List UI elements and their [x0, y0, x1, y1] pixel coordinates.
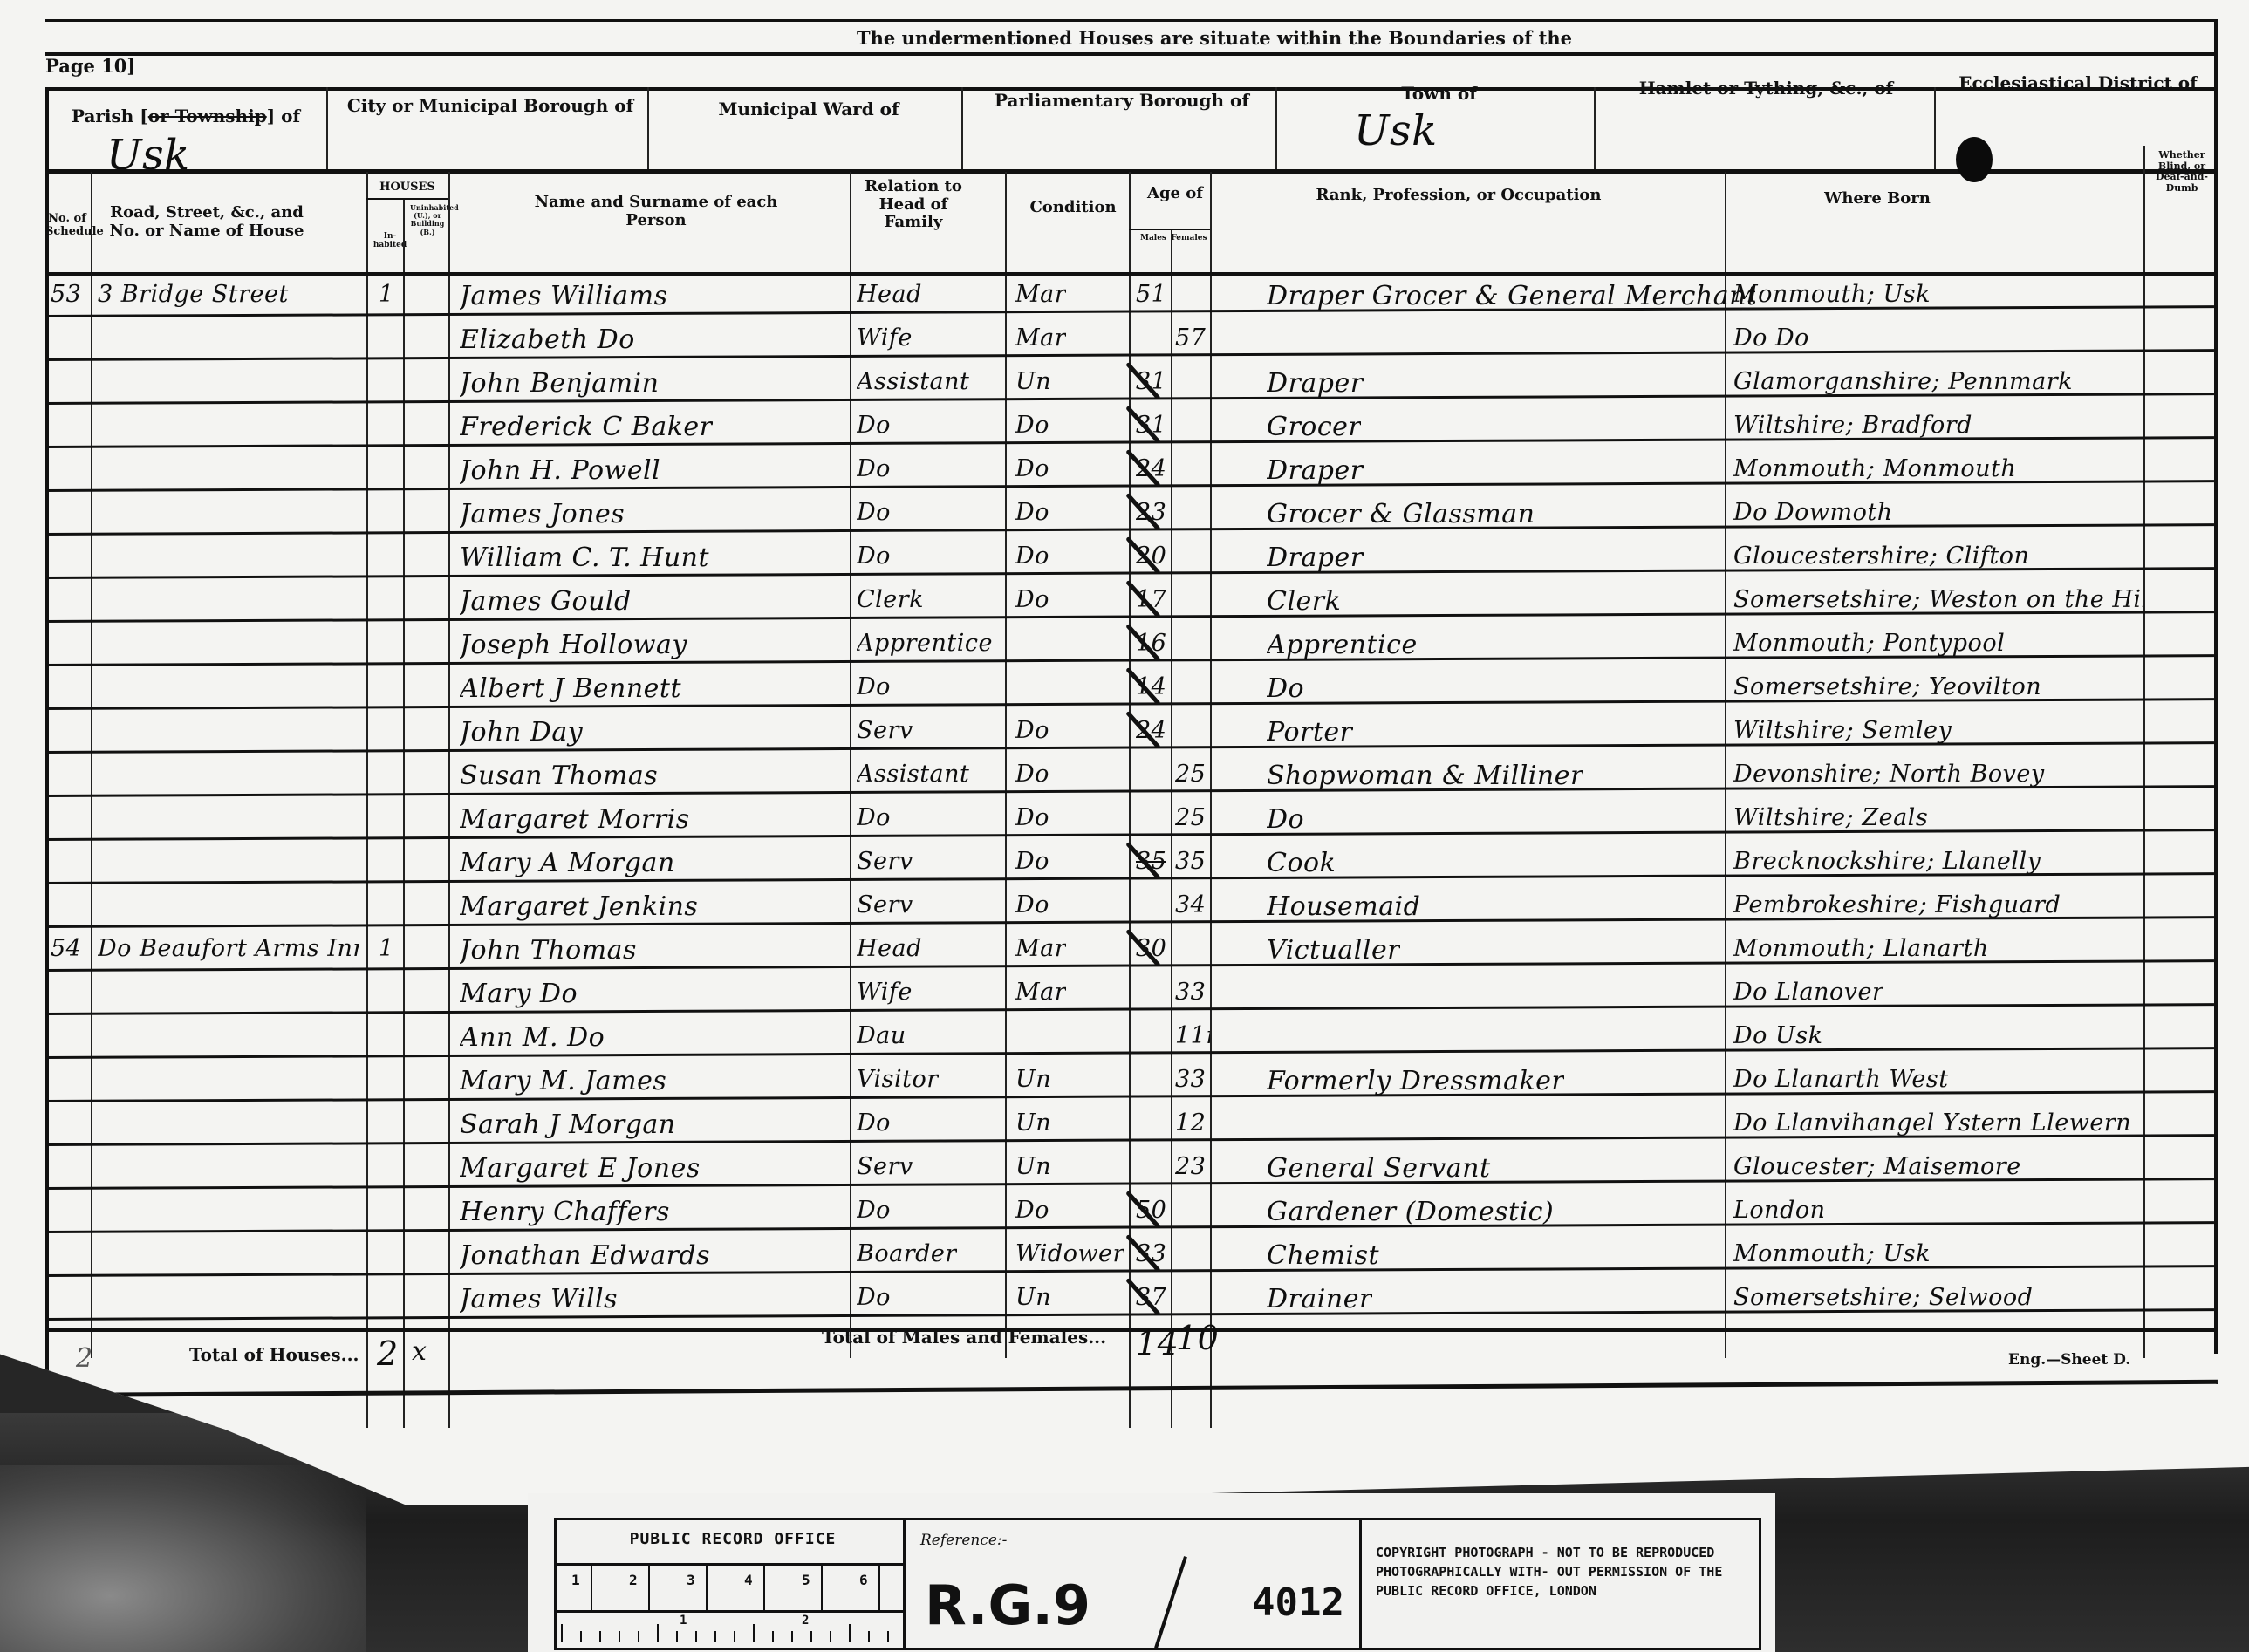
relation-to-head: Do: [857, 1109, 891, 1137]
scale-number: 2: [629, 1572, 638, 1588]
census-row: Ann M. DoDau11mDo Usk: [45, 1015, 2218, 1059]
rule-totals-bottom: [45, 1380, 2218, 1397]
census-row: Joseph HollowayApprentice16ApprenticeMon…: [45, 623, 2218, 666]
marital-condition: Un: [1015, 1153, 1051, 1180]
row-rule: [45, 1178, 2214, 1190]
rule-v: [1934, 87, 1936, 170]
female-age: 25: [1175, 761, 1206, 788]
boundary-title: The undermentioned Houses are situate wi…: [778, 28, 1651, 49]
marital-condition: Do: [1015, 412, 1049, 439]
rule-v: [1359, 1518, 1362, 1649]
row-rule: [45, 829, 2214, 841]
birthplace: Gloucestershire; Clifton: [1733, 543, 2029, 570]
town-value: Usk: [1354, 106, 1438, 155]
census-row: John H. PowellDoDo24DraperMonmouth; Monm…: [45, 448, 2218, 492]
col-males: Males: [1136, 234, 1171, 242]
female-age: 33: [1175, 1066, 1206, 1093]
marital-condition: Do: [1015, 543, 1049, 570]
reference-label: Reference:-: [920, 1532, 1007, 1549]
person-name: John Day: [460, 717, 583, 747]
row-rule: [45, 523, 2214, 536]
occupation: Formerly Dressmaker: [1267, 1066, 1564, 1096]
birthplace: Monmouth; Usk: [1733, 281, 1931, 308]
census-row: James JonesDoDo23Grocer & GlassmanDo Dow…: [45, 492, 2218, 536]
birthplace: Monmouth; Usk: [1733, 1240, 1931, 1267]
ruler-tick: [561, 1624, 563, 1642]
marital-condition: Do: [1015, 804, 1049, 831]
row-rule: [45, 785, 2214, 797]
relation-to-head: Assistant: [857, 368, 969, 395]
rule-age: [1129, 229, 1210, 230]
schedule-number: 53: [51, 281, 80, 308]
scale-divider: [821, 1565, 823, 1610]
total-persons-label: Total of Males and Females...: [822, 1328, 1106, 1348]
person-name: James Jones: [460, 499, 625, 529]
ruler-tick: [580, 1631, 582, 1642]
occupation: Grocer: [1267, 412, 1361, 442]
female-age: 25: [1175, 804, 1206, 831]
female-age: 34: [1175, 891, 1206, 918]
relation-to-head: Serv: [857, 891, 913, 918]
female-age: 23: [1175, 1153, 1206, 1180]
relation-to-head: Visitor: [857, 1066, 939, 1093]
census-row: Henry ChaffersDoDo50Gardener (Domestic)L…: [45, 1190, 2218, 1233]
ruler-tick: [657, 1624, 659, 1642]
scale-divider: [591, 1565, 592, 1610]
relation-to-head: Do: [857, 1284, 891, 1311]
relation-to-head: Clerk: [857, 586, 924, 613]
male-age: 51: [1136, 281, 1166, 308]
person-name: Margaret Morris: [460, 804, 690, 835]
col-inhabited: In-habited: [373, 232, 407, 250]
copyright-notice: COPYRIGHT PHOTOGRAPH - NOT TO BE REPRODU…: [1376, 1544, 1751, 1601]
marital-condition: Un: [1015, 368, 1051, 395]
col-condition: Condition: [1012, 199, 1134, 217]
relation-to-head: Do: [857, 412, 891, 439]
scale-number: 1: [571, 1572, 580, 1588]
census-row: Margaret MorrisDoDo25DoWiltshire; Zeals: [45, 797, 2218, 841]
person-name: Mary A Morgan: [460, 848, 675, 878]
person-name: Mary Do: [460, 979, 578, 1009]
occupation: Do: [1267, 673, 1304, 704]
row-rule: [45, 567, 2214, 579]
birthplace: Wiltshire; Bradford: [1733, 412, 1972, 439]
rule-stamp: [554, 1563, 903, 1566]
occupation: General Servant: [1267, 1153, 1491, 1184]
person-name: Frederick C Baker: [460, 412, 713, 442]
person-name: Joseph Holloway: [460, 630, 687, 660]
census-row: William C. T. HuntDoDo20DraperGloucester…: [45, 536, 2218, 579]
ruler-tick: [772, 1631, 774, 1642]
rule-stamp: [554, 1610, 903, 1613]
occupation: Housemaid: [1267, 891, 1420, 922]
inch-number: 2: [802, 1614, 809, 1628]
census-row: Margaret E JonesServUn23General ServantG…: [45, 1146, 2218, 1190]
birthplace: Monmouth; Monmouth: [1733, 455, 2016, 482]
marital-condition: Do: [1015, 1197, 1049, 1224]
birthplace: Gloucester; Maisemore: [1733, 1153, 2021, 1180]
occupation: Cook: [1267, 848, 1336, 878]
person-name: Mary M. James: [460, 1066, 666, 1096]
birthplace: Pembrokeshire; Fishguard: [1733, 891, 2061, 918]
female-age: 11m: [1175, 1022, 1210, 1049]
rule-title: [45, 52, 2218, 56]
district-city: City or Municipal Borough of: [333, 96, 647, 116]
person-name: Jonathan Edwards: [460, 1240, 710, 1271]
birthplace: Do Usk: [1733, 1022, 1822, 1049]
female-age: 33: [1175, 979, 1206, 1006]
scale-number: 5: [802, 1572, 810, 1588]
relation-to-head: Do: [857, 673, 891, 700]
census-page: The undermentioned Houses are situate wi…: [0, 0, 2249, 1505]
census-row: Jonathan EdwardsBoarderWidower33ChemistM…: [45, 1233, 2218, 1277]
rule-body-bottom: [45, 1328, 2218, 1332]
ruler-tick: [619, 1631, 620, 1642]
relation-to-head: Do: [857, 499, 891, 526]
marital-condition: Mar: [1015, 324, 1066, 352]
rule-columns-top: [45, 169, 2218, 174]
district-town: Town of: [1284, 84, 1594, 104]
col-houses: HOUSES: [377, 181, 438, 195]
birthplace: Somersetshire; Weston on the Hill: [1733, 586, 2143, 613]
person-name: James Wills: [460, 1284, 618, 1314]
rule-v: [1275, 87, 1277, 170]
census-form: The undermentioned Houses are situate wi…: [45, 19, 2218, 1402]
schedule-number: 54: [51, 935, 80, 962]
occupation: Draper Grocer & General Merchant: [1267, 281, 1755, 311]
relation-to-head: Do: [857, 455, 891, 482]
ruler-tick: [638, 1631, 639, 1642]
row-rule: [45, 611, 2214, 623]
female-age: 35: [1175, 848, 1206, 875]
relation-to-head: Boarder: [857, 1240, 957, 1267]
relation-to-head: Wife: [857, 324, 913, 352]
row-rule: [45, 393, 2214, 405]
record-office-stamp: PUBLIC RECORD OFFICE 12345612 Reference:…: [528, 1493, 1775, 1652]
margin-tally: 2: [76, 1343, 93, 1374]
ink-blot: [1956, 137, 1993, 182]
person-name: Albert J Bennett: [460, 673, 681, 704]
col-relation: Relation to Head of Family: [852, 178, 974, 232]
relation-to-head: Head: [857, 935, 922, 962]
marital-condition: Do: [1015, 455, 1049, 482]
person-name: John H. Powell: [460, 455, 660, 486]
district-ward: Municipal Ward of: [656, 99, 961, 119]
parish-label: Parish [or Township] of: [72, 106, 300, 126]
occupation: Shopwoman & Milliner: [1267, 761, 1583, 791]
district-hamlet: Hamlet or Tything, &c., of: [1598, 79, 1934, 99]
row-rule: [45, 1134, 2214, 1146]
page-label: Page 10]: [45, 56, 135, 77]
birthplace: Do Dowmoth: [1733, 499, 1893, 526]
total-houses-uninhabited: x: [412, 1336, 427, 1367]
row-rule: [45, 916, 2214, 928]
person-name: Ann M. Do: [460, 1022, 605, 1053]
census-row: Susan ThomasAssistantDo25Shopwoman & Mil…: [45, 754, 2218, 797]
total-houses-label: Total of Houses...: [189, 1345, 359, 1365]
female-age: 57: [1175, 324, 1206, 352]
birthplace: London: [1733, 1197, 1826, 1224]
person-name: John Benjamin: [460, 368, 659, 399]
census-row: Albert J BennettDo14DoSomersetshire; Yeo…: [45, 666, 2218, 710]
birthplace: Do Llanvihangel Ystern Llewern: [1733, 1109, 2131, 1137]
district-ecclesiastical: Ecclesiastical District of: [1938, 73, 2218, 93]
person-name: Elizabeth Do: [460, 324, 635, 355]
col-females: Females: [1171, 234, 1207, 242]
census-row: Mary M. JamesVisitorUn33Formerly Dressma…: [45, 1059, 2218, 1102]
scale-divider: [763, 1565, 765, 1610]
marital-condition: Mar: [1015, 935, 1066, 962]
rule-top: [45, 19, 2218, 22]
ruler-tick: [714, 1631, 716, 1642]
ruler-tick: [599, 1631, 601, 1642]
relation-to-head: Serv: [857, 848, 913, 875]
census-row: James GouldClerkDo17ClerkSomersetshire; …: [45, 579, 2218, 623]
marital-condition: Un: [1015, 1066, 1051, 1093]
birthplace: Somersetshire; Yeovilton: [1733, 673, 2041, 700]
census-row: 533 Bridge Street1James WilliamsHeadMar5…: [45, 274, 2218, 317]
row-rule: [45, 698, 2214, 710]
ruler-tick: [753, 1624, 755, 1642]
relation-to-head: Serv: [857, 717, 913, 744]
census-row: Sarah J MorganDoUn12Do Llanvihangel Yste…: [45, 1102, 2218, 1146]
total-females: 10: [1176, 1319, 1219, 1357]
row-rule: [45, 654, 2214, 666]
census-row: Mary A MorganServDo3535CookBrecknockshir…: [45, 841, 2218, 884]
ruler-tick: [887, 1631, 889, 1642]
birthplace: Do Llanarth West: [1733, 1066, 1949, 1093]
col-occupation: Rank, Profession, or Occupation: [1249, 187, 1668, 205]
relation-to-head: Do: [857, 543, 891, 570]
rule-v: [1594, 87, 1596, 170]
rule-v: [903, 1518, 906, 1649]
row-rule: [45, 1221, 2214, 1233]
relation-to-head: Serv: [857, 1153, 913, 1180]
road-address: 3 Bridge Street: [98, 281, 289, 308]
person-name: Sarah J Morgan: [460, 1109, 676, 1140]
census-row: John BenjaminAssistantUn31DraperGlamorga…: [45, 361, 2218, 405]
occupation: Draper: [1267, 368, 1364, 399]
col-age: Age of: [1140, 185, 1210, 203]
road-address: Do Beaufort Arms Inn: [98, 935, 359, 962]
rule-houses: [366, 198, 448, 200]
person-name: John Thomas: [460, 935, 637, 966]
photo-background-light: [0, 1465, 366, 1652]
row-rule: [45, 1047, 2214, 1059]
marital-condition: Mar: [1015, 281, 1066, 308]
scale-divider: [648, 1565, 650, 1610]
female-age: 12: [1175, 1109, 1206, 1137]
marital-condition: Widower: [1015, 1240, 1124, 1267]
person-name: James Gould: [460, 586, 632, 617]
row-rule: [45, 305, 2214, 317]
occupation: Do: [1267, 804, 1304, 835]
occupation: Clerk: [1267, 586, 1341, 617]
row-rule: [45, 1265, 2214, 1277]
scale-number: 4: [744, 1572, 753, 1588]
relation-to-head: Do: [857, 804, 891, 831]
total-houses-inhabited: 2: [377, 1335, 399, 1373]
ruler-tick: [810, 1631, 812, 1642]
occupation: Draper: [1267, 455, 1364, 486]
district-parliamentary: Parliamentary Borough of: [968, 91, 1275, 111]
occupation: Draper: [1267, 543, 1364, 573]
stamp-office: PUBLIC RECORD OFFICE: [563, 1530, 903, 1548]
occupation: Gardener (Domestic): [1267, 1197, 1554, 1227]
relation-to-head: Wife: [857, 979, 913, 1006]
col-born: Where Born: [1768, 190, 1986, 208]
district-parish: Parish [or Township] of: [45, 106, 326, 126]
occupation: Porter: [1267, 717, 1353, 747]
row-rule: [45, 872, 2214, 884]
inhabited-count: 1: [379, 281, 394, 308]
scale-divider: [706, 1565, 708, 1610]
birthplace: Somersetshire; Selwood: [1733, 1284, 2033, 1311]
inch-number: 1: [680, 1614, 687, 1628]
ruler-tick: [868, 1631, 870, 1642]
census-row: 54Do Beaufort Arms Inn1John ThomasHeadMa…: [45, 928, 2218, 972]
census-row: Mary DoWifeMar33Do Llanover: [45, 972, 2218, 1015]
row-rule: [45, 436, 2214, 448]
birthplace: Monmouth; Llanarth: [1733, 935, 1989, 962]
birthplace: Brecknockshire; Llanelly: [1733, 848, 2041, 875]
row-rule: [45, 1003, 2214, 1015]
occupation: Apprentice: [1267, 630, 1418, 660]
relation-to-head: Do: [857, 1197, 891, 1224]
relation-to-head: Apprentice: [857, 630, 993, 657]
rule-v: [961, 87, 963, 170]
piece-number: 4012: [1252, 1580, 1344, 1625]
occupation: Grocer & Glassman: [1267, 499, 1535, 529]
birthplace: Do Do: [1733, 324, 1809, 352]
occupation: Drainer: [1267, 1284, 1372, 1314]
marital-condition: Do: [1015, 848, 1049, 875]
col-blind: Whether Blind, or Deaf-and-Dumb: [2146, 150, 2218, 195]
ruler-tick: [791, 1631, 793, 1642]
person-name: Margaret E Jones: [460, 1153, 701, 1184]
row-rule: [45, 741, 2214, 754]
birthplace: Do Llanover: [1733, 979, 1883, 1006]
relation-to-head: Dau: [857, 1022, 906, 1049]
marital-condition: Do: [1015, 586, 1049, 613]
col-schedule: No. of Schedule: [45, 213, 89, 239]
relation-to-head: Head: [857, 281, 922, 308]
inhabited-count: 1: [379, 935, 394, 962]
marital-condition: Un: [1015, 1284, 1051, 1311]
sheet-mark: Eng.—Sheet D.: [2008, 1352, 2130, 1369]
row-rule: [45, 349, 2214, 361]
person-name: William C. T. Hunt: [460, 543, 709, 573]
census-row: Margaret JenkinsServDo34HousemaidPembrok…: [45, 884, 2218, 928]
rule-v: [647, 87, 649, 170]
person-name: Margaret Jenkins: [460, 891, 698, 922]
marital-condition: Do: [1015, 761, 1049, 788]
birthplace: Devonshire; North Bovey: [1733, 761, 2045, 788]
row-rule: [45, 1090, 2214, 1102]
row-rule: [45, 959, 2214, 972]
row-rule: [45, 480, 2214, 492]
ruler-tick: [734, 1631, 735, 1642]
birthplace: Wiltshire; Semley: [1733, 717, 1952, 744]
person-name: Susan Thomas: [460, 761, 658, 791]
scale-divider: [878, 1565, 880, 1610]
marital-condition: Un: [1015, 1109, 1051, 1137]
person-name: Henry Chaffers: [460, 1197, 670, 1227]
row-rule: [45, 1308, 2214, 1321]
marital-condition: Do: [1015, 891, 1049, 918]
birthplace: Wiltshire; Zeals: [1733, 804, 1928, 831]
person-name: James Williams: [460, 281, 667, 311]
occupation: Chemist: [1267, 1240, 1379, 1271]
birthplace: Glamorganshire; Pennmark: [1733, 368, 2073, 395]
marital-condition: Do: [1015, 499, 1049, 526]
marital-condition: Do: [1015, 717, 1049, 744]
ruler-tick: [676, 1631, 678, 1642]
relation-to-head: Assistant: [857, 761, 969, 788]
col-name: Name and Surname of each Person: [534, 194, 778, 229]
birthplace: Monmouth; Pontypool: [1733, 630, 2005, 657]
rule-v: [326, 87, 328, 170]
scale-number: 3: [687, 1572, 695, 1588]
series-code: R.G.9: [925, 1573, 1090, 1637]
ruler-tick: [695, 1631, 697, 1642]
ruler-tick: [849, 1624, 851, 1642]
col-road: Road, Street, &c., and No. or Name of Ho…: [98, 204, 316, 240]
marital-condition: Mar: [1015, 979, 1066, 1006]
census-row: John DayServDo24PorterWiltshire; Semley: [45, 710, 2218, 754]
census-row: James WillsDoUn37DrainerSomersetshire; S…: [45, 1277, 2218, 1321]
scale-number: 6: [859, 1572, 868, 1588]
census-row: Frederick C BakerDoDo31GrocerWiltshire; …: [45, 405, 2218, 448]
census-row: Elizabeth DoWifeMar57Do Do: [45, 317, 2218, 361]
ruler-tick: [830, 1631, 831, 1642]
occupation: Victualler: [1267, 935, 1400, 966]
col-uninhabited: Uninhabited (U.), or Building (B.): [410, 204, 445, 236]
total-males: 14: [1136, 1324, 1179, 1362]
